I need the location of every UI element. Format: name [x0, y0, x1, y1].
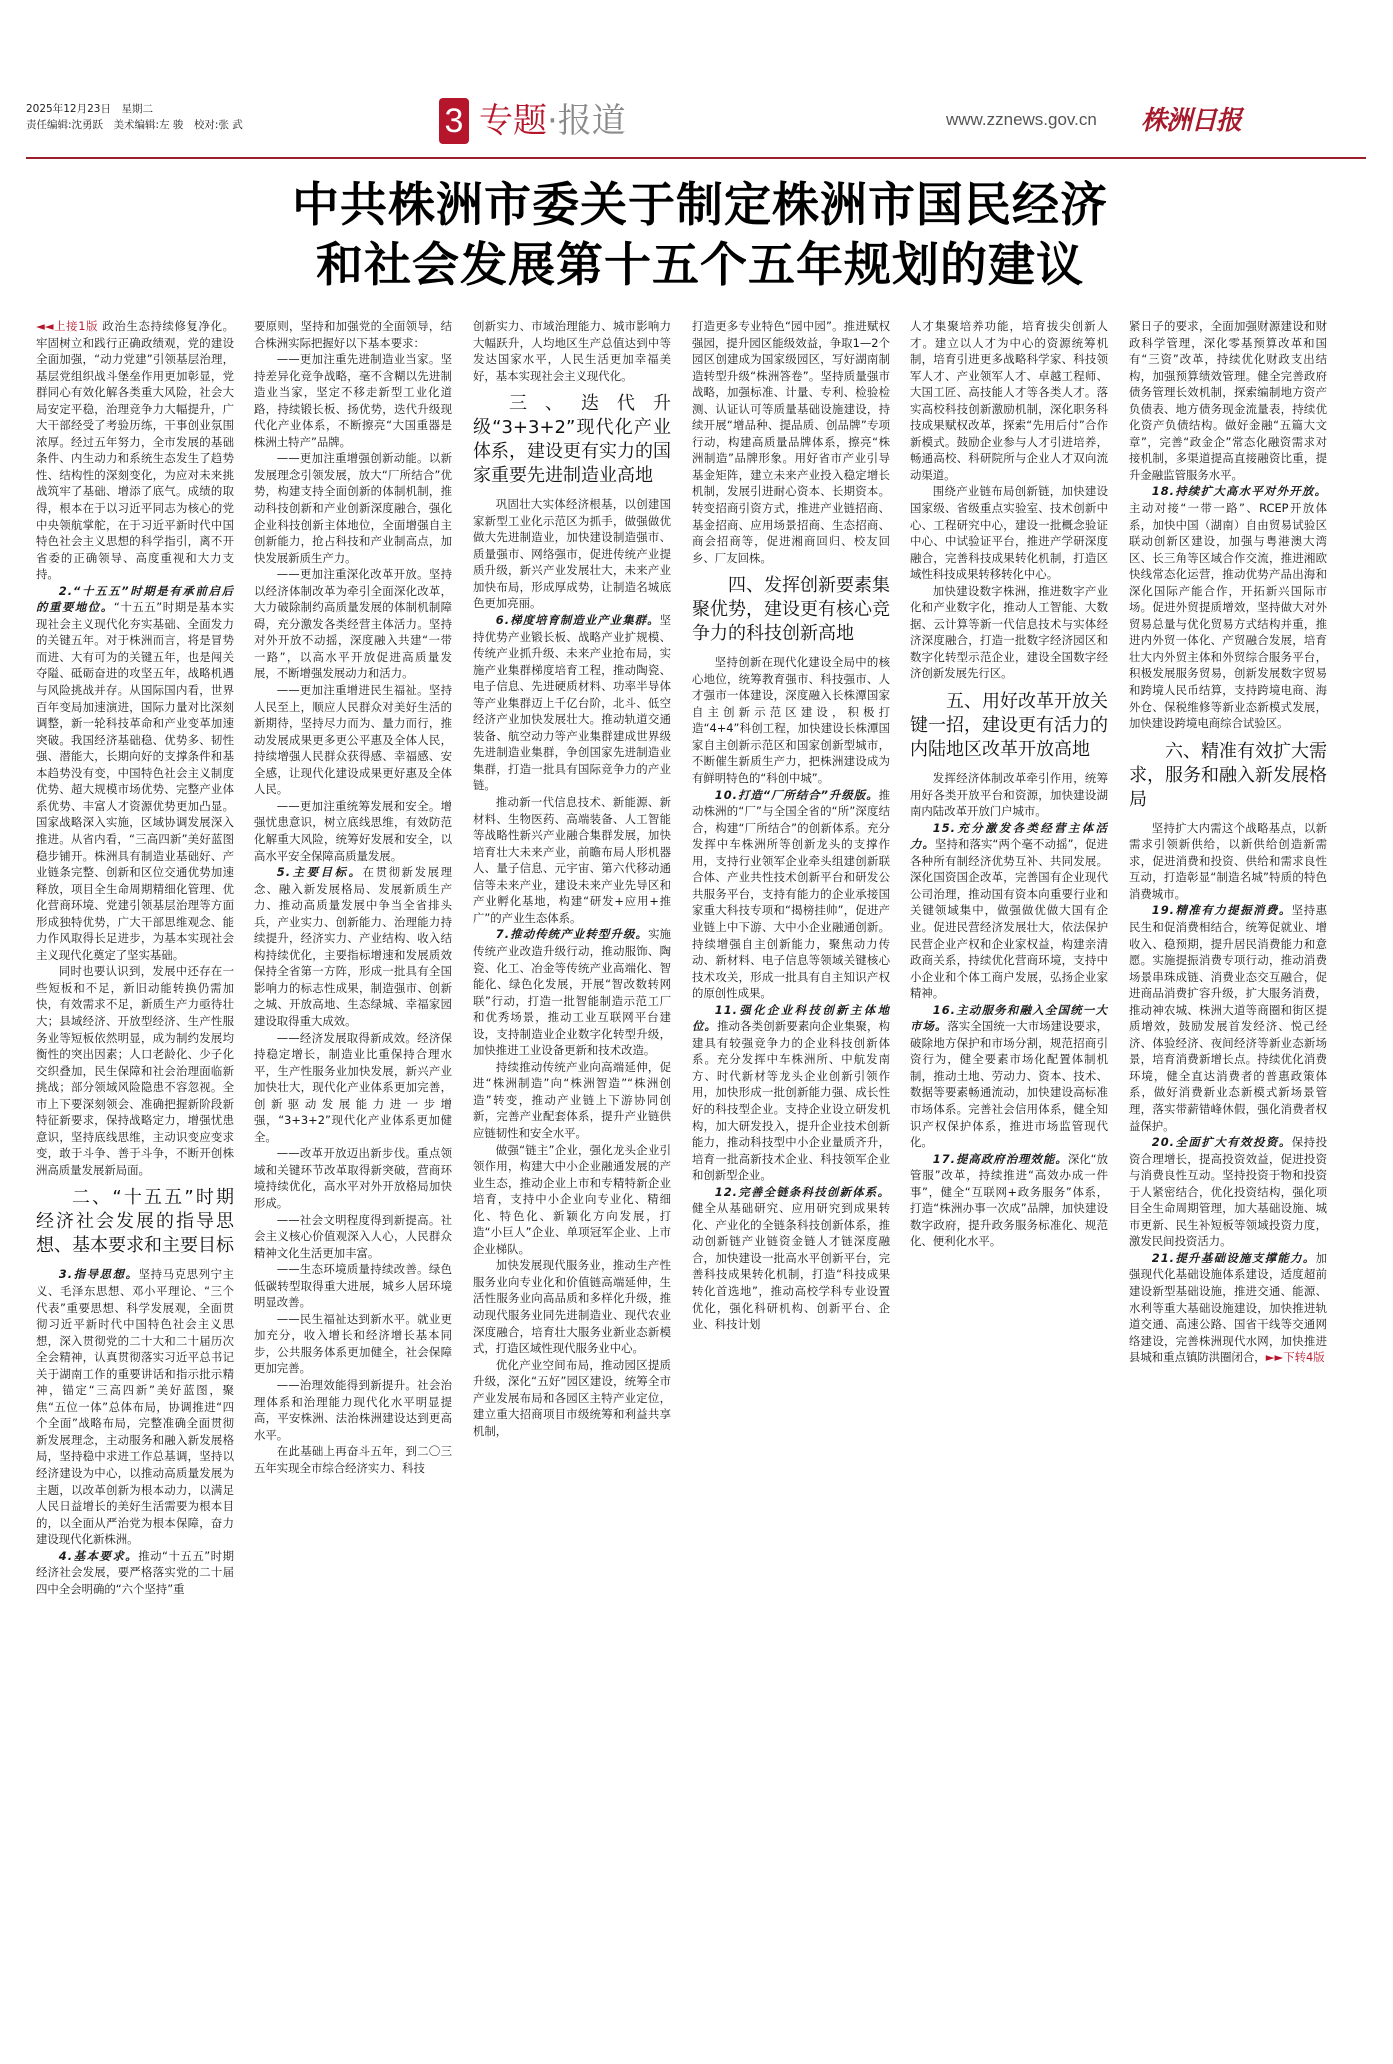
column-1: ◄◄上接1版 政治生态持续修复净化。牢固树立和践行正确政绩观，党的建设全面加强，…	[36, 318, 234, 2018]
header-divider	[26, 157, 1366, 159]
paragraph: 优化产业空间布局，推动园区提质升级，深化“五好”园区建设，统筹全市产业发展布局和…	[473, 1357, 671, 1440]
paragraph: 政治生态持续修复净化。牢固树立和践行正确政绩观，党的建设全面加强，“动力党建”引…	[36, 319, 234, 581]
paragraph: 深化“放管服”改革，持续推进“高效办成一件事”，健全“互联网+政务服务”体系，打…	[910, 1152, 1108, 1249]
paragraph: 发挥经济体制改革牵引作用，统筹用好各类开放平台和资源，加快建设湖南内陆改革开放门…	[910, 770, 1108, 820]
paragraph: ——经济发展取得新成效。经济保持稳定增长，制造业比重保持合理水平，生产性服务业加…	[254, 1030, 452, 1146]
article-headline: 中共株洲市委关于制定株洲市国民经济 和社会发展第十五个五年规划的建议	[150, 176, 1250, 296]
section-heading-6: 六、精准有效扩大需求，服务和融入新发展格局	[1129, 740, 1327, 812]
paragraph: 同时也要认识到，发展中还存在一些短板和不足，新旧动能转换仍需加快，有效需求不足，…	[36, 963, 234, 1178]
paragraph: ——社会文明程度得到新提高。社会主义核心价值观深入人心，人民群众精神文化生活更加…	[254, 1212, 452, 1262]
paragraph: 创新实力、市域治理能力、城市影响力大幅跃升，人均地区生产总值达到中等发达国家水平…	[473, 318, 671, 384]
paragraph: 坚持和落实“两个毫不动摇”，促进各种所有制经济优势互补、共同发展。深化国资国企改…	[910, 837, 1108, 1000]
page-number-badge: 3	[439, 98, 469, 144]
site-url[interactable]: www.zznews.gov.cn	[946, 110, 1097, 130]
paragraph-keyword: 10.打造“厂所结合”升级版。	[715, 788, 879, 802]
paper-logo: 株洲日报	[1141, 100, 1241, 137]
paragraph: 加强现代化基础设施体系建设，适度超前建设新型基础设施，推进交通、能源、水利等重大…	[1129, 1251, 1327, 1364]
paragraph: ——更加注重增强创新动能。以新发展理念引领发展，放大“厂所结合”优势，构建支持全…	[254, 450, 452, 566]
paragraph-keyword: 4.基本要求。	[59, 1549, 138, 1563]
paragraph: ——改革开放迈出新步伐。重点领域和关键环节改革取得新突破，营商环境持续优化，高水…	[254, 1145, 452, 1211]
paragraph: 坚持马克思列宁主义、毛泽东思想、邓小平理论、“三个代表”重要思想、科学发展观，全…	[36, 1267, 234, 1546]
paragraph-keyword: 17.提高政府治理效能。	[933, 1152, 1068, 1166]
section-heading-2: 二、“十五五”时期经济社会发展的指导思想、基本要求和主要目标	[36, 1186, 234, 1258]
paragraph: 加快建设数字株洲，推进数字产业化和产业数字化，推动人工智能、大数据、云计算等新一…	[910, 583, 1108, 682]
paragraph: 紧日子的要求，全面加强财源建设和财政科学管理，深化零基预算改革和国有“三资”改革…	[1129, 318, 1327, 483]
continued-to-marker[interactable]: ►►下转4版	[1266, 1350, 1325, 1364]
paragraph: 巩固壮大实体经济根基，以创建国家新型工业化示范区为抓手，做强做优做大先进制造业，…	[473, 496, 671, 612]
paragraph: 推动各类创新要素向企业集聚，构建具有较强竞争力的企业科技创新体系。充分发挥中车株…	[692, 1019, 890, 1182]
paragraph-keyword: 7.推动传统产业转型升级。	[496, 927, 648, 941]
section-heading-5: 五、用好改革开放关键一招，建设更有活力的内陆地区改革开放高地	[910, 690, 1108, 762]
paragraph: 落实全国统一大市场建设要求，破除地方保护和市场分割，规范招商引资行为，健全要素市…	[910, 1019, 1108, 1149]
paragraph: 持续推动传统产业向高端延伸，促进“株洲制造”向“株洲智造”“株洲创造”转变，推动…	[473, 1059, 671, 1142]
section-primary: 专题	[479, 101, 547, 141]
publication-date: 2025年12月23日 星期二	[26, 102, 153, 116]
paragraph: 打造更多专业特色“园中园”。推进赋权强园，提升园区能级效益，争取1—2个园区创建…	[692, 318, 890, 566]
paragraph: 坚持优势产业锻长板、战略产业扩规模、传统产业抓升级、未来产业抢布局，实施产业集群…	[473, 613, 671, 792]
paragraph: 在此基础上再奋斗五年，到二〇三五年实现全市综合经济实力、科技	[254, 1443, 452, 1476]
paragraph-keyword: 18.持续扩大高水平对外开放。	[1152, 484, 1327, 498]
paragraph: 人才集聚培养功能，培育拔尖创新人才。建立以人才为中心的资源统筹机制，培育引进更多…	[910, 318, 1108, 483]
section-secondary: ·报道	[547, 101, 626, 141]
headline-line-1: 中共株洲市委关于制定株洲市国民经济	[150, 176, 1250, 236]
section-title: 专题·报道	[479, 100, 626, 142]
paragraph: ——生态环境质量持续改善。绿色低碳转型取得重大进展，城乡人居环境明显改善。	[254, 1261, 452, 1311]
paragraph: 围绕产业链布局创新链，加快建设国家级、省级重点实验室、技术创新中心、工程研究中心…	[910, 483, 1108, 582]
paragraph: 坚持创新在现代化建设全局中的核心地位，统筹教育强市、科技强市、人才强市一体建设，…	[692, 654, 890, 786]
column-4: 打造更多专业特色“园中园”。推进赋权强园，提升园区能级效益，争取1—2个园区创建…	[692, 318, 890, 2018]
paragraph: 实施传统产业改造升级行动，推动服饰、陶瓷、化工、冶金等传统产业高端化、智能化、绿…	[473, 927, 671, 1057]
paragraph: ——更加注重统筹发展和安全。增强忧患意识，树立底线思维，有效防范化解重大风险，统…	[254, 798, 452, 864]
paragraph: ——治理效能得到新提升。社会治理体系和治理能力现代化水平明显提高，平安株洲、法治…	[254, 1377, 452, 1443]
paragraph-keyword: 6.梯度培育制造业产业集群。	[496, 613, 660, 627]
continued-from-marker[interactable]: ◄◄上接1版	[36, 319, 98, 333]
section-heading-4: 四、发挥创新要素集聚优势，建设更有核心竞争力的科技创新高地	[692, 574, 890, 646]
paragraph-keyword: 5.主要目标。	[277, 865, 363, 879]
paragraph-keyword: 21.提升基础设施支撑能力。	[1152, 1251, 1316, 1265]
paragraph: 坚持惠民生和促消费相结合，统筹促就业、增收入、稳预期，提升居民消费能力和意愿。实…	[1129, 903, 1327, 1132]
paragraph: ——更加注重深化改革开放。坚持以经济体制改革为牵引全面深化改革，大力破除制约高质…	[254, 566, 452, 682]
paragraph-keyword: 12.完善全链条科技创新体系。	[715, 1185, 890, 1199]
section-heading-3: 三、迭代升级“3+3+2”现代化产业体系，建设更有实力的国家重要先进制造业高地	[473, 392, 671, 488]
paragraph: 健全从基础研究、应用研究到成果转化、产业化的全链条科技创新体系，推动创新链产业链…	[692, 1201, 890, 1331]
paragraph: 推动株洲的“厂”与全国全省的“所”深度结合，构建“厂所结合”的创新体系。充分发挥…	[692, 788, 890, 1001]
paragraph-keyword: 3.指导思想。	[59, 1267, 139, 1281]
paragraph: 做强“链主”企业，强化龙头企业引领作用，构建大中小企业融通发展的产业生态，推动企…	[473, 1142, 671, 1258]
column-6: 紧日子的要求，全面加强财源建设和财政科学管理，深化零基预算改革和国有“三资”改革…	[1129, 318, 1327, 2018]
paragraph: 主动对接“一带一路”、RCEP开放体系，加快中国（湖南）自由贸易试验区联动创新区…	[1129, 501, 1327, 730]
column-2: 要原则，坚持和加强党的全面领导，结合株洲实际把握好以下基本要求： ——更加注重先…	[254, 318, 452, 2018]
paragraph: ——民生福祉达到新水平。就业更加充分，收入增长和经济增长基本同步，公共服务体系更…	[254, 1311, 452, 1377]
paragraph-keyword: 20.全面扩大有效投资。	[1152, 1135, 1292, 1149]
column-5: 人才集聚培养功能，培育拔尖创新人才。建立以人才为中心的资源统筹机制，培育引进更多…	[910, 318, 1108, 2018]
paragraph: ——更加注重增进民生福祉。坚持人民至上，顺应人民群众对美好生活的新期待，坚持尽力…	[254, 682, 452, 798]
paragraph: 保持投资合理增长，提高投资效益，促进投资与消费良性互动。坚持投资于物和投资于人紧…	[1129, 1135, 1327, 1248]
paragraph: 坚持扩大内需这个战略基点，以新需求引领新供给，以新供给创造新需求，促进消费和投资…	[1129, 820, 1327, 903]
paragraph-keyword: 19.精准有力提振消费。	[1152, 903, 1292, 917]
paragraph: 在贯彻新发展理念、融入新发展格局、发展新质生产力、推动高质量发展中争当全省排头兵…	[254, 865, 452, 1028]
paragraph: ——更加注重先进制造业当家。坚持差异化竞争战略，毫不含糊以先进制造业当家，坚定不…	[254, 351, 452, 450]
column-3: 创新实力、市域治理能力、城市影响力大幅跃升，人均地区生产总值达到中等发达国家水平…	[473, 318, 671, 2018]
paragraph: “十五五”时期是基本实现社会主义现代化夯实基础、全面发力的关键五年。对于株洲而言…	[36, 600, 234, 961]
paragraph: 推动新一代信息技术、新能源、新材料、生物医药、高端装备、人工智能等战略性新兴产业…	[473, 794, 671, 926]
article-body: ◄◄上接1版 政治生态持续修复净化。牢固树立和践行正确政绩观，党的建设全面加强，…	[36, 318, 1366, 2018]
headline-line-2: 和社会发展第十五个五年规划的建议	[150, 236, 1250, 296]
paragraph: 加快发展现代服务业，推动生产性服务业向专业化和价值链高端延伸，生活性服务业向高品…	[473, 1257, 671, 1356]
editor-credits: 责任编辑:沈勇跃 美术编辑:左 骏 校对:张 武	[26, 118, 243, 132]
paragraph: 要原则，坚持和加强党的全面领导，结合株洲实际把握好以下基本要求：	[254, 318, 452, 351]
masthead: 2025年12月23日 星期二 责任编辑:沈勇跃 美术编辑:左 骏 校对:张 武…	[26, 98, 1366, 160]
